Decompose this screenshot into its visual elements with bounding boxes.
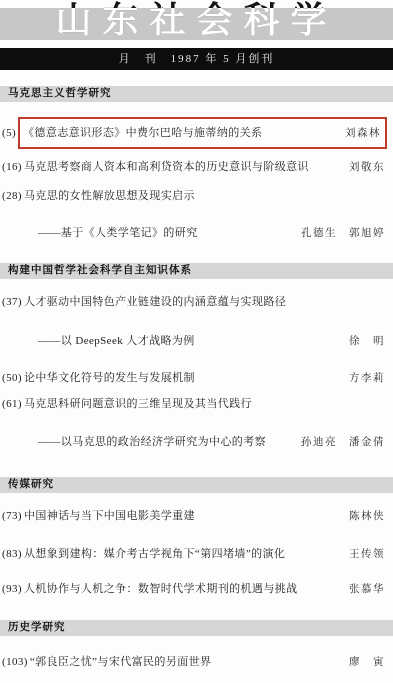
toc-entry-subtitle[interactable]: ——基于《人类学笔记》的研究 孔德生 郭旭婷 bbox=[0, 226, 393, 241]
toc-entry[interactable]: (73) 中国神话与当下中国电影美学重建 陈林侠 bbox=[0, 509, 393, 524]
entry-title: 《德意志意识形态》中费尔巴哈与施蒂纳的关系 bbox=[23, 126, 262, 141]
entry-authors: 孔德生 郭旭婷 bbox=[301, 226, 385, 241]
entry-page-number: (83) bbox=[2, 547, 22, 562]
entry-page-number: (73) bbox=[2, 509, 22, 524]
entry-page-number: (61) bbox=[2, 397, 22, 412]
entry-title: 论中华文化符号的发生与发展机制 bbox=[24, 371, 195, 386]
toc-entry[interactable]: (93) 人机协作与人机之争：数智时代学术期刊的机遇与挑战 张慕华 bbox=[0, 582, 393, 597]
entry-page-number: (28) bbox=[2, 189, 22, 204]
entry-page-number: (103) bbox=[2, 655, 28, 670]
entry-authors: 张慕华 bbox=[349, 582, 385, 597]
highlight-box[interactable]: 《德意志意识形态》中费尔巴哈与施蒂纳的关系 刘森林 bbox=[18, 117, 387, 149]
toc-entry[interactable]: (61) 马克思科研问题意识的三维呈现及其当代践行 bbox=[0, 397, 393, 412]
entry-page-number: (37) bbox=[2, 295, 22, 310]
toc-entry[interactable]: (16) 马克思考察商人资本和高利贷资本的历史意识与阶级意识 刘敬东 bbox=[0, 160, 393, 175]
entry-page-number: (16) bbox=[2, 160, 22, 175]
toc-entry-subtitle[interactable]: ——以 DeepSeek 人才战略为例 徐 明 bbox=[0, 334, 393, 349]
toc-entry[interactable]: (50) 论中华文化符号的发生与发展机制 方李莉 bbox=[0, 371, 393, 386]
entry-title: 马克思考察商人资本和高利贷资本的历史意识与阶级意识 bbox=[24, 160, 309, 175]
entry-title: 马克思的女性解放思想及现实启示 bbox=[24, 189, 195, 204]
entry-title: 中国神话与当下中国电影美学重建 bbox=[24, 509, 195, 524]
entry-title: ——基于《人类学笔记》的研究 bbox=[38, 226, 198, 241]
section-header-marxist-philosophy: 马克思主义哲学研究 bbox=[0, 86, 393, 102]
entry-title: 马克思科研问题意识的三维呈现及其当代践行 bbox=[24, 397, 252, 412]
entry-authors: 陈林侠 bbox=[349, 509, 385, 524]
entry-authors: 徐 明 bbox=[349, 334, 385, 349]
toc-entry[interactable]: (103) “郭良臣之忧”与宋代富民的另面世界 廖 寅 bbox=[0, 655, 393, 670]
section-header-history-studies: 历史学研究 bbox=[0, 620, 393, 636]
toc-entry[interactable]: (5) 《德意志意识形态》中费尔巴哈与施蒂纳的关系 刘森林 bbox=[0, 117, 393, 149]
entry-title: 人机协作与人机之争：数智时代学术期刊的机遇与挑战 bbox=[24, 582, 298, 597]
entry-authors: 方李莉 bbox=[349, 371, 385, 386]
entry-page-number: (50) bbox=[2, 371, 22, 386]
entry-authors: 王传领 bbox=[349, 547, 385, 562]
entry-title: 从想象到建构：媒介考古学视角下“第四堵墙”的演化 bbox=[24, 547, 285, 562]
journal-toc-page: 山东社会科学 山东社会科学 月 刊 1987 年 5 月创刊 马克思主义哲学研究… bbox=[0, 0, 393, 683]
entry-title: ——以 DeepSeek 人才战略为例 bbox=[38, 334, 195, 349]
section-header-knowledge-system: 构建中国哲学社会科学自主知识体系 bbox=[0, 263, 393, 279]
toc-entry[interactable]: (28) 马克思的女性解放思想及现实启示 bbox=[0, 189, 393, 204]
masthead: 山东社会科学 山东社会科学 月 刊 1987 年 5 月创刊 bbox=[0, 0, 393, 70]
entry-page-number: (5) bbox=[2, 126, 16, 141]
section-header-media-studies: 传媒研究 bbox=[0, 477, 393, 493]
toc-entry[interactable]: (83) 从想象到建构：媒介考古学视角下“第四堵墙”的演化 王传领 bbox=[0, 547, 393, 562]
entry-title: “郭良臣之忧”与宋代富民的另面世界 bbox=[30, 655, 212, 670]
entry-page-number: (93) bbox=[2, 582, 22, 597]
entry-title: ——以马克思的政治经济学研究为中心的考察 bbox=[38, 435, 266, 450]
toc-entry-subtitle[interactable]: ——以马克思的政治经济学研究为中心的考察 孙迪亮 潘金倩 bbox=[0, 435, 393, 450]
entry-title: 人才驱动中国特色产业链建设的内涵意蕴与实现路径 bbox=[24, 295, 286, 310]
entry-authors: 刘森林 bbox=[345, 126, 381, 141]
entry-authors: 廖 寅 bbox=[349, 655, 385, 670]
toc-entry[interactable]: (37) 人才驱动中国特色产业链建设的内涵意蕴与实现路径 bbox=[0, 295, 393, 310]
entry-authors: 孙迪亮 潘金倩 bbox=[301, 435, 385, 450]
journal-subtitle: 月 刊 1987 年 5 月创刊 bbox=[0, 48, 393, 70]
entry-authors: 刘敬东 bbox=[349, 160, 385, 175]
